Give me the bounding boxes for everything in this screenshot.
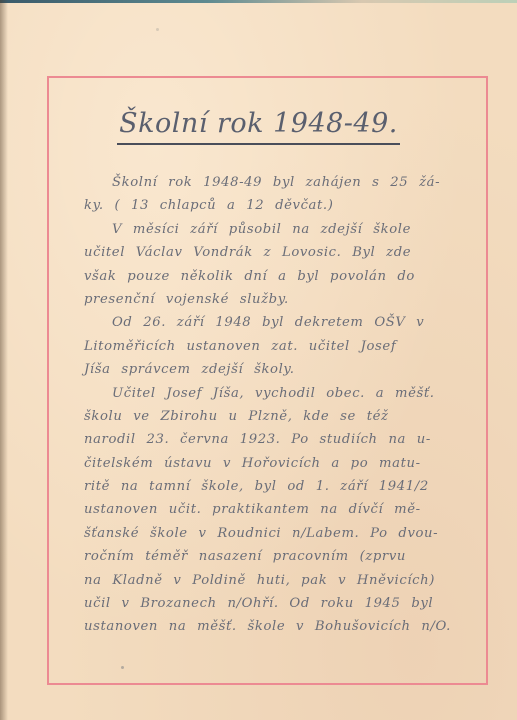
text-line: ustanoven učit. praktikantem na dívčí mě… <box>84 498 480 521</box>
text-line: ritě na tamní škole, byl od 1. září 1941… <box>84 475 480 498</box>
text-line: ky. ( 13 chlapců a 12 děvčat.) <box>84 194 480 217</box>
text-line: Jíša správcem zdejší školy. <box>84 358 480 381</box>
handwritten-body: Školní rok 1948-49 byl zahájen s 25 žá- … <box>84 171 480 639</box>
text-line: presenční vojenské služby. <box>84 288 480 311</box>
text-line: Učitel Josef Jíša, vychodil obec. a měšť… <box>84 382 480 405</box>
text-line: Školní rok 1948-49 byl zahájen s 25 žá- <box>84 171 480 194</box>
text-line: však pouze několik dní a byl povolán do <box>84 265 480 288</box>
text-line: školu ve Zbirohu u Plzně, kde se též <box>84 405 480 428</box>
text-line: učil v Brozanech n/Ohří. Od roku 1945 by… <box>84 592 480 615</box>
text-line: V měsíci září působil na zdejší škole <box>84 218 480 241</box>
text-line: ročním téměř nasazení pracovním (zprvu <box>84 545 480 568</box>
text-line: Litoměřicích ustanoven zat. učitel Josef <box>84 335 480 358</box>
text-line: Od 26. září 1948 byl dekretem OŠV v <box>84 311 480 334</box>
text-line: čitelském ústavu v Hořovicích a po matu- <box>84 452 480 475</box>
paper-mark <box>156 28 159 31</box>
text-line: ustanoven na měšť. škole v Bohušovicích … <box>84 615 480 638</box>
page-top-edge <box>0 0 517 3</box>
text-line: na Kladně v Poldině huti, pak v Hněvicíc… <box>84 569 480 592</box>
ink-dot <box>121 666 124 669</box>
title-container: Školní rok 1948-49. <box>0 108 517 145</box>
text-line: narodil 23. června 1923. Po studiích na … <box>84 428 480 451</box>
text-line: učitel Václav Vondrák z Lovosic. Byl zde <box>84 241 480 264</box>
text-line: šťanské škole v Roudnici n/Labem. Po dvo… <box>84 522 480 545</box>
page-title: Školní rok 1948-49. <box>117 108 400 145</box>
